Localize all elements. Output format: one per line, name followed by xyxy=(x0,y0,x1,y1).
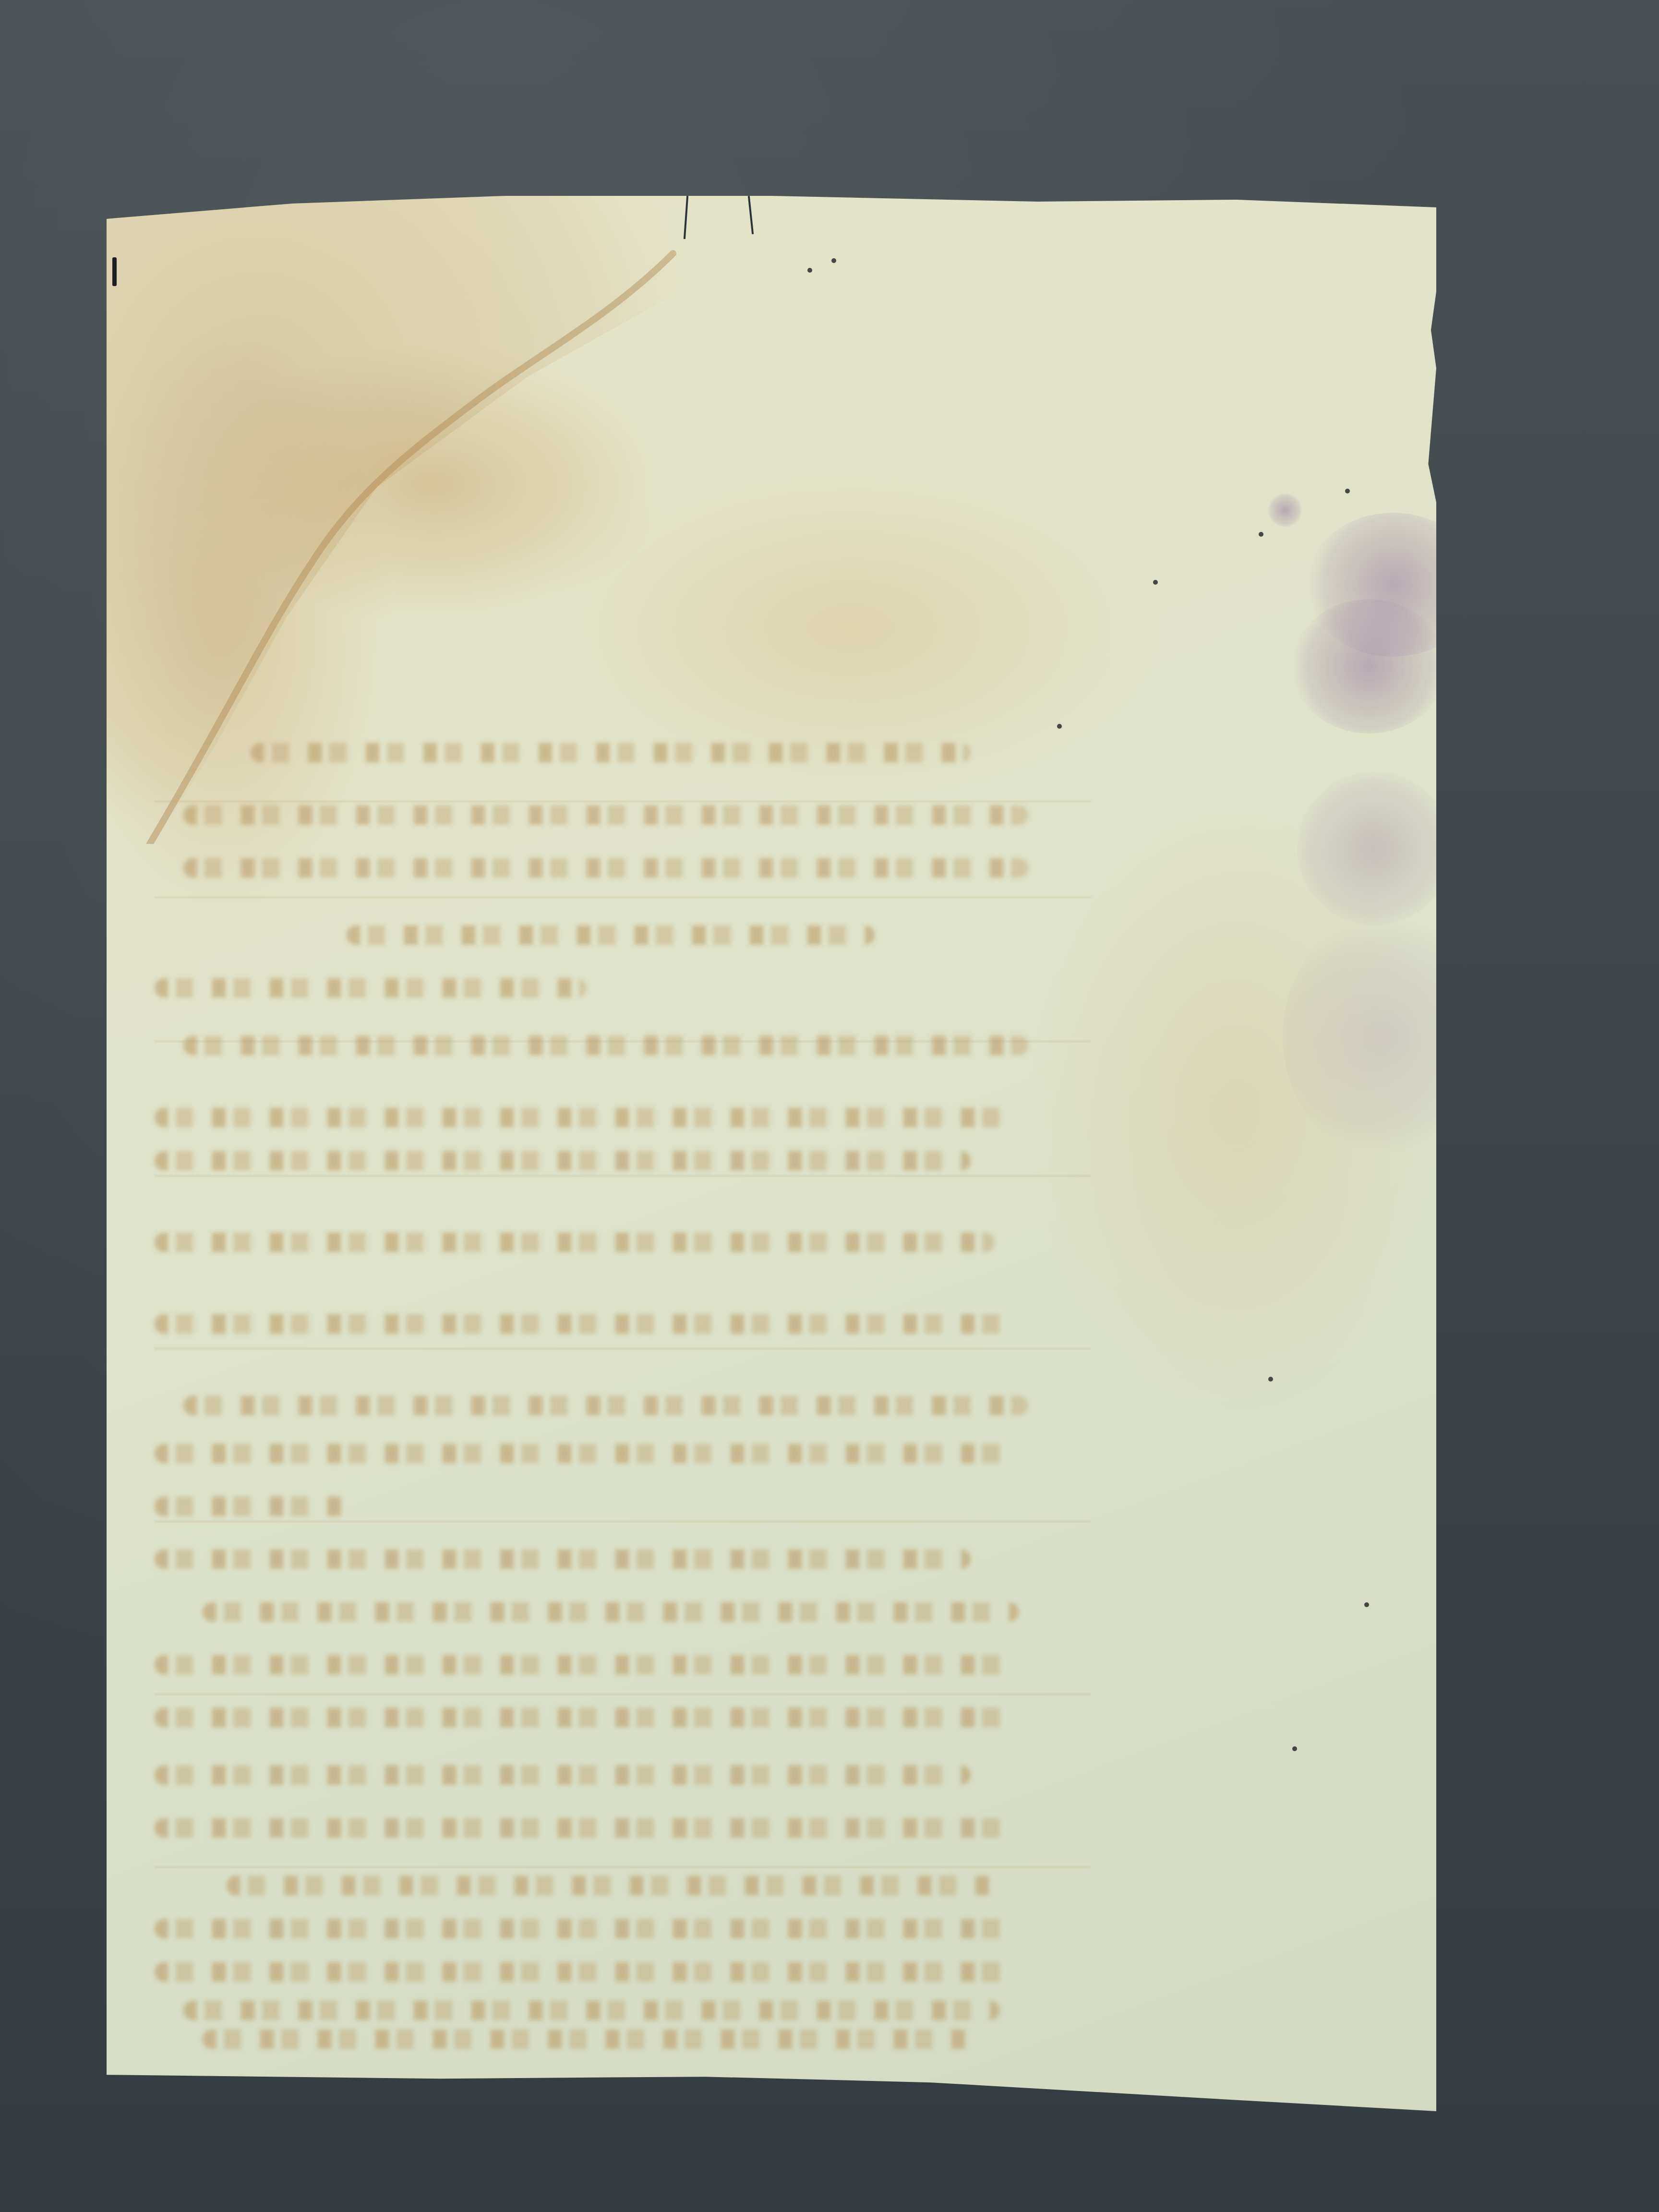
bleed-line xyxy=(155,1108,1019,1127)
speck xyxy=(1364,1602,1369,1607)
bleed-line xyxy=(227,1876,995,1895)
ink-mark xyxy=(112,257,117,286)
bleed-line xyxy=(155,1314,1009,1334)
bleed-line xyxy=(203,1602,1019,1622)
bleed-line xyxy=(183,1036,1028,1055)
bleed-line xyxy=(155,1655,1009,1674)
purple-stain xyxy=(1268,493,1302,527)
ink-bleed-through xyxy=(155,724,1091,2044)
bleed-line xyxy=(155,1444,1009,1463)
bleed-line xyxy=(155,1233,995,1252)
speck xyxy=(831,258,836,263)
speck xyxy=(1268,1377,1273,1382)
bleed-line xyxy=(183,805,1028,825)
bleed-line xyxy=(183,858,1028,878)
bleed-line xyxy=(155,1919,1009,1938)
bleed-line xyxy=(155,1766,971,1785)
speck xyxy=(1259,532,1263,537)
bleed-line xyxy=(155,1151,971,1170)
purple-stain xyxy=(1292,599,1446,733)
bleed-line xyxy=(155,1818,1009,1838)
tear xyxy=(748,196,754,234)
speck xyxy=(1153,580,1158,585)
bleed-line xyxy=(155,1550,971,1569)
bleed-line xyxy=(203,2030,971,2049)
bleed-line xyxy=(155,1962,1009,1982)
bleed-line xyxy=(251,743,971,762)
bleed-line xyxy=(347,926,875,945)
purple-stain xyxy=(1297,772,1451,926)
speck xyxy=(1292,1746,1297,1751)
bleed-line xyxy=(183,2001,999,2020)
bleed-line xyxy=(155,1708,1009,1727)
bleed-line xyxy=(155,1497,347,1516)
bleed-line xyxy=(155,978,587,998)
speck xyxy=(1345,489,1350,493)
speck xyxy=(807,268,812,273)
bleed-line xyxy=(183,1396,1028,1415)
manuscript-leaf xyxy=(107,196,1436,2111)
